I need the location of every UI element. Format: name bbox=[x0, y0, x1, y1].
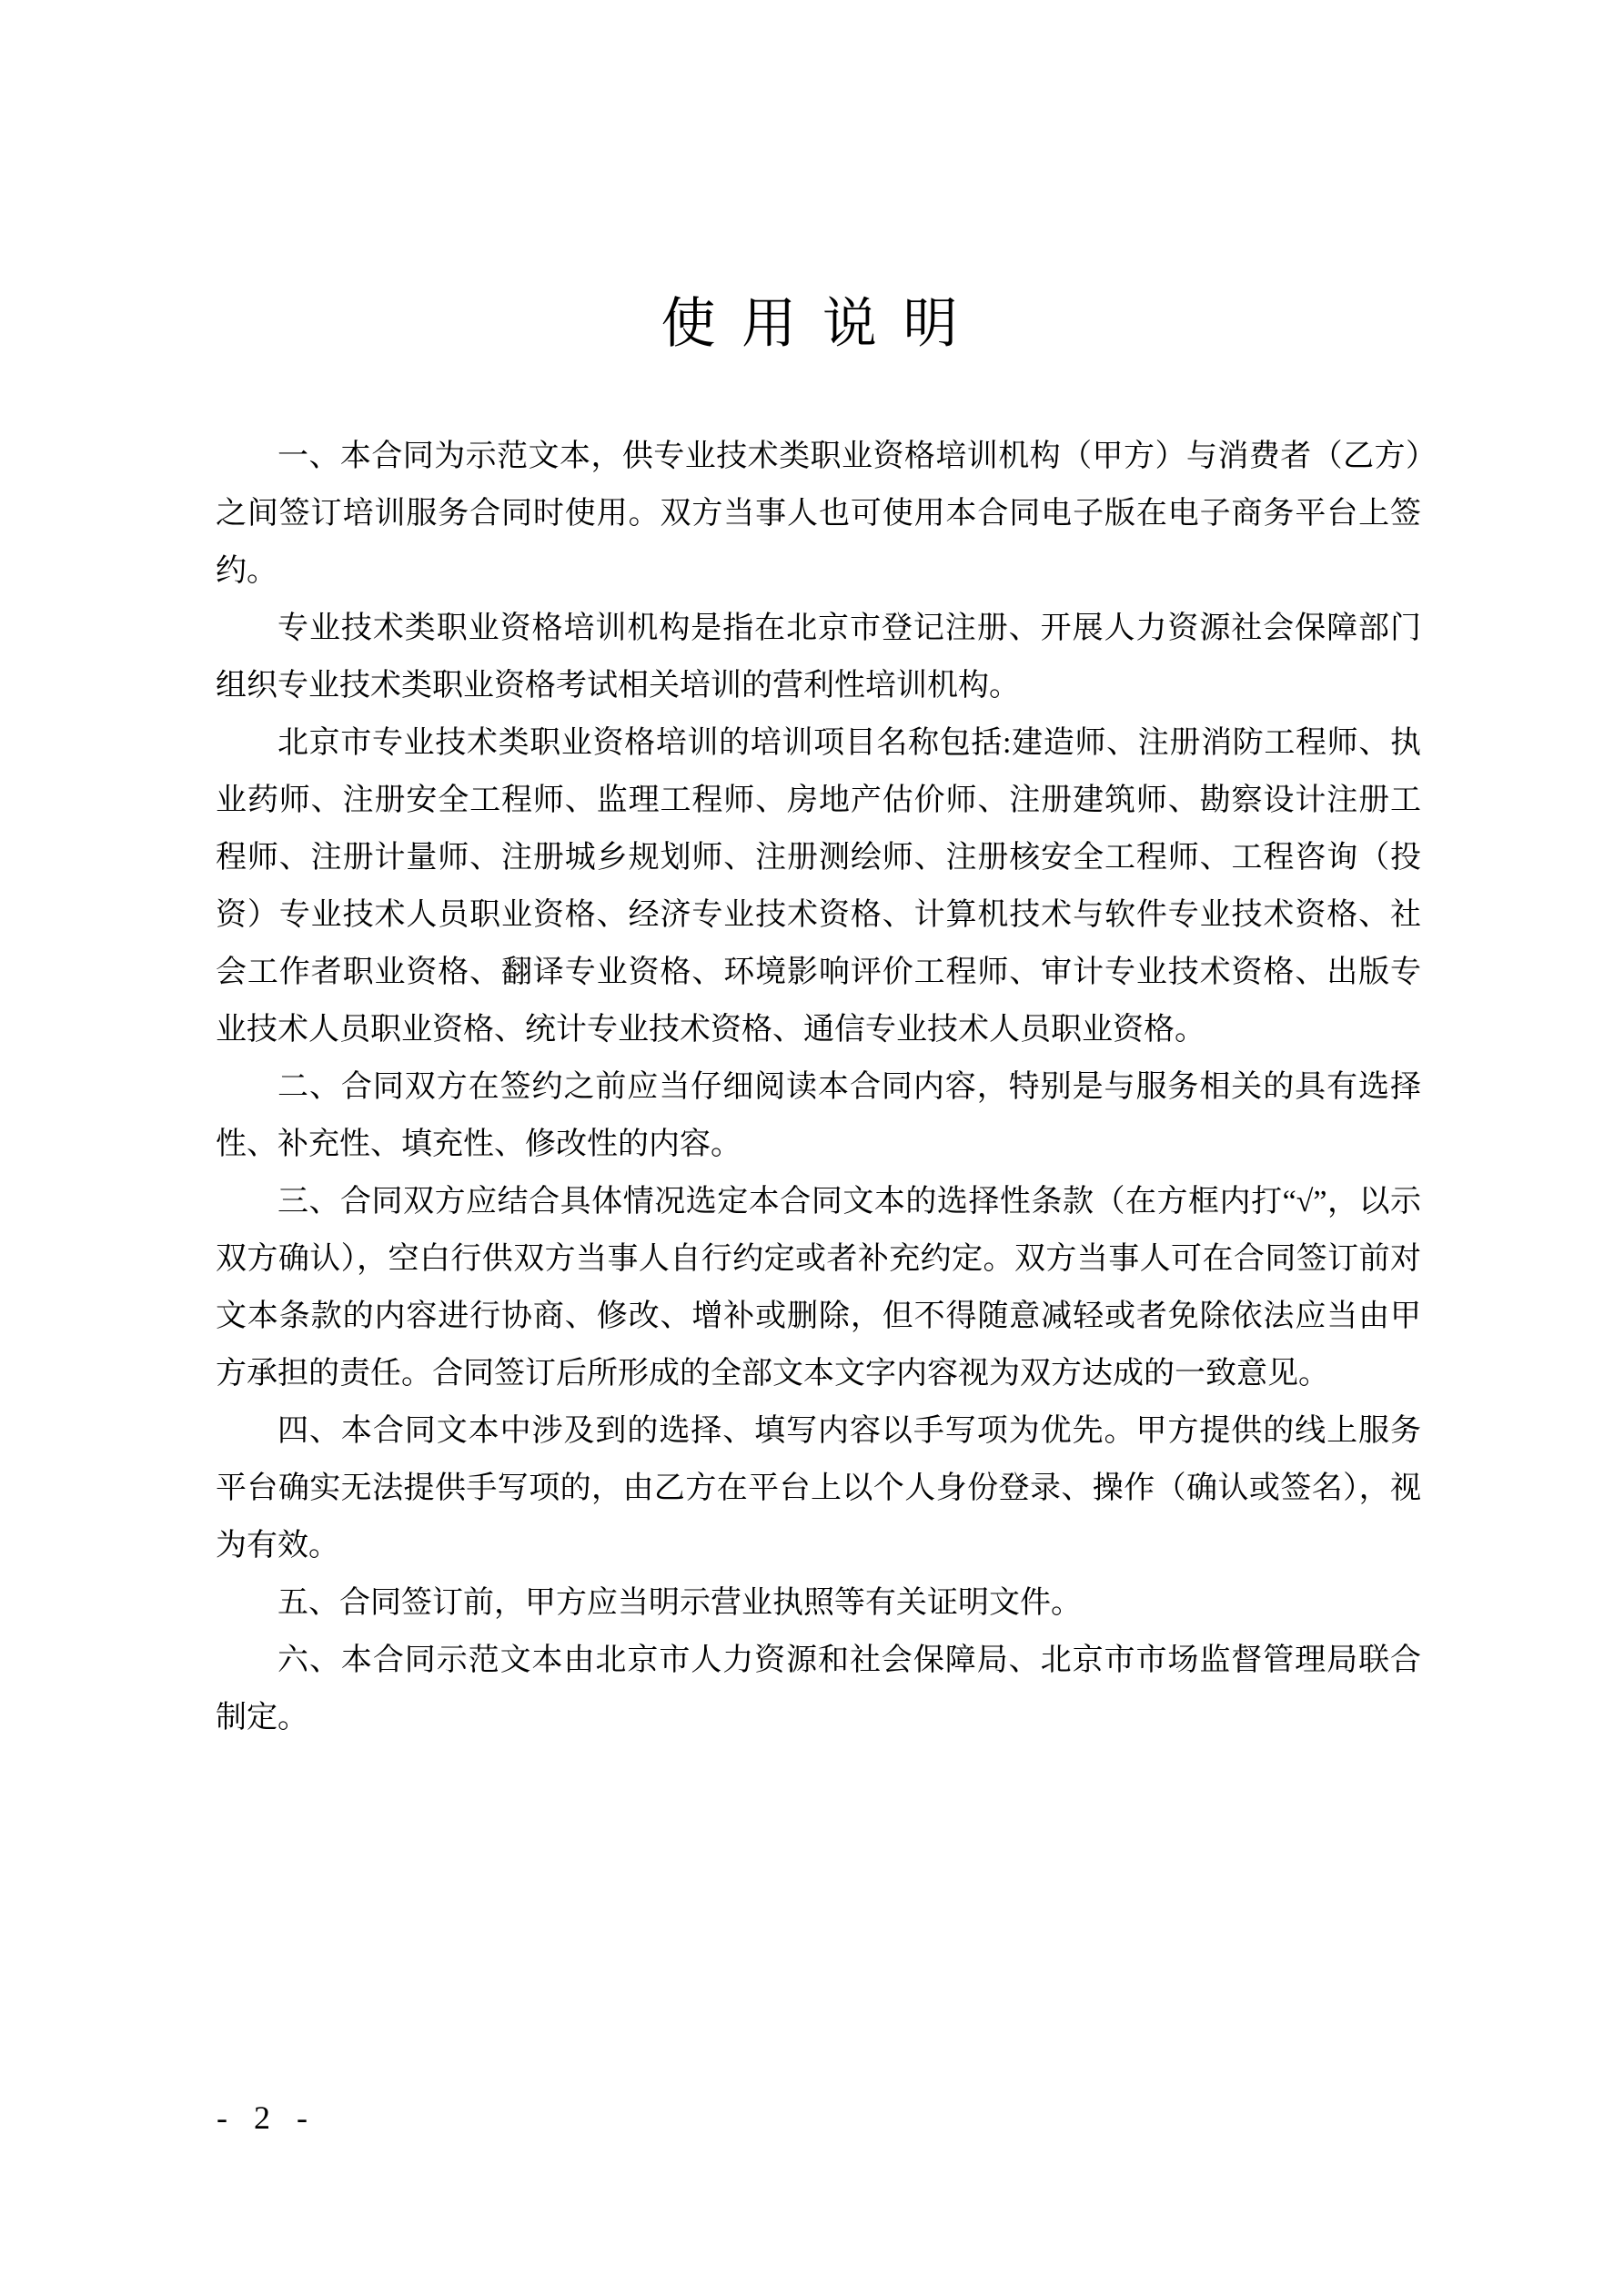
paragraph: 二、合同双方在签约之前应当仔细阅读本合同内容，特别是与服务相关的具有选择性、补充… bbox=[216, 1058, 1421, 1173]
paragraph: 三、合同双方应结合具体情况选定本合同文本的选择性条款（在方框内打“√”，以示双方… bbox=[216, 1173, 1421, 1402]
document-page: 使 用 说 明 一、本合同为示范文本，供专业技术类职业资格培训机构（甲方）与消费… bbox=[0, 0, 1624, 2296]
page-number: - 2 - bbox=[217, 2098, 317, 2138]
document-title: 使 用 说 明 bbox=[0, 289, 1624, 359]
paragraph: 五、合同签订前，甲方应当明示营业执照等有关证明文件。 bbox=[216, 1574, 1421, 1632]
paragraph: 专业技术类职业资格培训机构是指在北京市登记注册、开展人力资源社会保障部门组织专业… bbox=[216, 600, 1421, 714]
document-body: 一、本合同为示范文本，供专业技术类职业资格培训机构（甲方）与消费者（乙方）之间签… bbox=[216, 428, 1421, 1746]
paragraph: 一、本合同为示范文本，供专业技术类职业资格培训机构（甲方）与消费者（乙方）之间签… bbox=[216, 428, 1421, 600]
paragraph: 四、本合同文本中涉及到的选择、填写内容以手写项为优先。甲方提供的线上服务平台确实… bbox=[216, 1402, 1421, 1574]
paragraph: 北京市专业技术类职业资格培训的培训项目名称包括:建造师、注册消防工程师、执业药师… bbox=[216, 714, 1421, 1058]
paragraph: 六、本合同示范文本由北京市人力资源和社会保障局、北京市市场监督管理局联合制定。 bbox=[216, 1632, 1421, 1746]
